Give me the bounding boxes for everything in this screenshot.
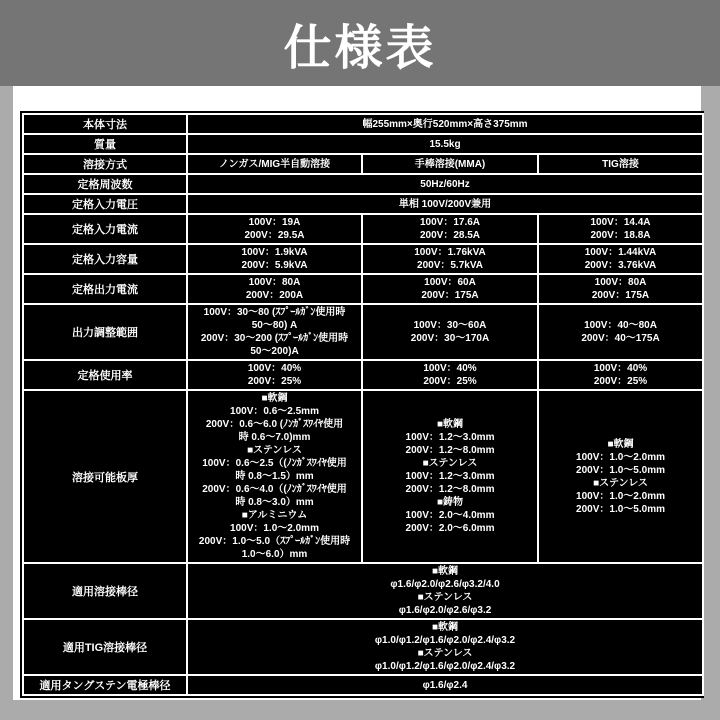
cell-output-adjustment-range-tig: 100V：40〜80A 200V：40〜175A — [538, 304, 703, 360]
row-rated-output-current: 定格出力電流 100V：80A 200V：200A 100V：60A 200V：… — [23, 274, 703, 304]
cell-rated-output-current-mma: 100V：60A 200V：175A — [362, 274, 538, 304]
row-label-rated-input-capacity: 定格入力容量 — [23, 244, 187, 274]
spec-panel: 本体寸法 幅255mm×奥行520mm×高さ375mm 質量 15.5kg 溶接… — [13, 86, 701, 700]
row-body-dimensions: 本体寸法 幅255mm×奥行520mm×高さ375mm — [23, 114, 703, 134]
cell-applicable-tungsten-electrode-diameter: φ1.6/φ2.4 — [187, 675, 703, 695]
cell-body-dimensions: 幅255mm×奥行520mm×高さ375mm — [187, 114, 703, 134]
row-welding-method: 溶接方式 ノンガス/MIG半自動溶接 手棒溶接(MMA) TIG溶接 — [23, 154, 703, 174]
title-band: 仕様表 — [0, 0, 720, 86]
row-label-applicable-tig-rod-diameter: 適用TIG溶接棒径 — [23, 619, 187, 675]
cell-rated-output-current-tig: 100V：80A 200V：175A — [538, 274, 703, 304]
cell-rated-duty-cycle-mma: 100V：40% 200V：25% — [362, 360, 538, 390]
row-label-rated-duty-cycle: 定格使用率 — [23, 360, 187, 390]
cell-weldable-plate-thickness-tig: ■軟鋼 100V：1.0〜2.0mm 200V：1.0〜5.0mm ■ステンレス… — [538, 390, 703, 563]
row-label-welding-method: 溶接方式 — [23, 154, 187, 174]
row-rated-input-voltage: 定格入力電圧 単相 100V/200V兼用 — [23, 194, 703, 214]
cell-output-adjustment-range-mig: 100V：30〜80 (ｽﾌﾟｰﾙｶﾞﾝ使用時 50〜80) A 200V：30… — [187, 304, 362, 360]
row-output-adjustment-range: 出力調整範囲 100V：30〜80 (ｽﾌﾟｰﾙｶﾞﾝ使用時 50〜80) A … — [23, 304, 703, 360]
cell-weight: 15.5kg — [187, 134, 703, 154]
spec-table-frame: 本体寸法 幅255mm×奥行520mm×高さ375mm 質量 15.5kg 溶接… — [20, 111, 704, 698]
cell-rated-frequency: 50Hz/60Hz — [187, 174, 703, 194]
cell-welding-method-tig: TIG溶接 — [538, 154, 703, 174]
row-label-rated-output-current: 定格出力電流 — [23, 274, 187, 304]
row-label-body-dimensions: 本体寸法 — [23, 114, 187, 134]
row-rated-duty-cycle: 定格使用率 100V：40% 200V：25% 100V：40% 200V：25… — [23, 360, 703, 390]
row-weldable-plate-thickness: 溶接可能板厚 ■軟鋼 100V：0.6〜2.5mm 200V：0.6〜6.0 (… — [23, 390, 703, 563]
row-rated-input-capacity: 定格入力容量 100V：1.9kVA 200V：5.9kVA 100V：1.76… — [23, 244, 703, 274]
row-label-weight: 質量 — [23, 134, 187, 154]
cell-output-adjustment-range-mma: 100V：30〜60A 200V：30〜170A — [362, 304, 538, 360]
row-applicable-welding-rod-diameter: 適用溶接棒径 ■軟鋼 φ1.6/φ2.0/φ2.6/φ3.2/4.0 ■ステンレ… — [23, 563, 703, 619]
cell-rated-input-capacity-mma: 100V：1.76kVA 200V：5.7kVA — [362, 244, 538, 274]
row-label-rated-input-current: 定格入力電流 — [23, 214, 187, 244]
row-rated-frequency: 定格周波数 50Hz/60Hz — [23, 174, 703, 194]
cell-rated-input-current-mig: 100V：19A 200V：29.5A — [187, 214, 362, 244]
cell-rated-input-capacity-mig: 100V：1.9kVA 200V：5.9kVA — [187, 244, 362, 274]
cell-rated-input-current-mma: 100V：17.6A 200V：28.5A — [362, 214, 538, 244]
cell-rated-duty-cycle-mig: 100V：40% 200V：25% — [187, 360, 362, 390]
page: { "page": { "title": "仕様表" }, "table": {… — [0, 0, 720, 720]
row-label-rated-frequency: 定格周波数 — [23, 174, 187, 194]
cell-welding-method-mig: ノンガス/MIG半自動溶接 — [187, 154, 362, 174]
spec-table: 本体寸法 幅255mm×奥行520mm×高さ375mm 質量 15.5kg 溶接… — [22, 113, 704, 696]
row-label-output-adjustment-range: 出力調整範囲 — [23, 304, 187, 360]
cell-rated-output-current-mig: 100V：80A 200V：200A — [187, 274, 362, 304]
cell-rated-input-current-tig: 100V：14.4A 200V：18.8A — [538, 214, 703, 244]
row-rated-input-current: 定格入力電流 100V：19A 200V：29.5A 100V：17.6A 20… — [23, 214, 703, 244]
row-label-applicable-tungsten-electrode-diameter: 適用タングステン電極棒径 — [23, 675, 187, 695]
row-applicable-tig-rod-diameter: 適用TIG溶接棒径 ■軟鋼 φ1.0/φ1.2/φ1.6/φ2.0/φ2.4/φ… — [23, 619, 703, 675]
row-applicable-tungsten-electrode-diameter: 適用タングステン電極棒径 φ1.6/φ2.4 — [23, 675, 703, 695]
cell-weldable-plate-thickness-mma: ■軟鋼 100V：1.2〜3.0mm 200V：1.2〜8.0mm ■ステンレス… — [362, 390, 538, 563]
cell-welding-method-mma: 手棒溶接(MMA) — [362, 154, 538, 174]
row-weight: 質量 15.5kg — [23, 134, 703, 154]
page-title: 仕様表 — [283, 9, 436, 78]
cell-applicable-tig-rod-diameter: ■軟鋼 φ1.0/φ1.2/φ1.6/φ2.0/φ2.4/φ3.2 ■ステンレス… — [187, 619, 703, 675]
row-label-applicable-welding-rod-diameter: 適用溶接棒径 — [23, 563, 187, 619]
cell-applicable-welding-rod-diameter: ■軟鋼 φ1.6/φ2.0/φ2.6/φ3.2/4.0 ■ステンレス φ1.6/… — [187, 563, 703, 619]
row-label-weldable-plate-thickness: 溶接可能板厚 — [23, 390, 187, 563]
cell-weldable-plate-thickness-mig: ■軟鋼 100V：0.6〜2.5mm 200V：0.6〜6.0 (ﾉﾝｶﾞｽﾜｲ… — [187, 390, 362, 563]
row-label-rated-input-voltage: 定格入力電圧 — [23, 194, 187, 214]
cell-rated-input-voltage: 単相 100V/200V兼用 — [187, 194, 703, 214]
cell-rated-duty-cycle-tig: 100V：40% 200V：25% — [538, 360, 703, 390]
cell-rated-input-capacity-tig: 100V：1.44kVA 200V：3.76kVA — [538, 244, 703, 274]
